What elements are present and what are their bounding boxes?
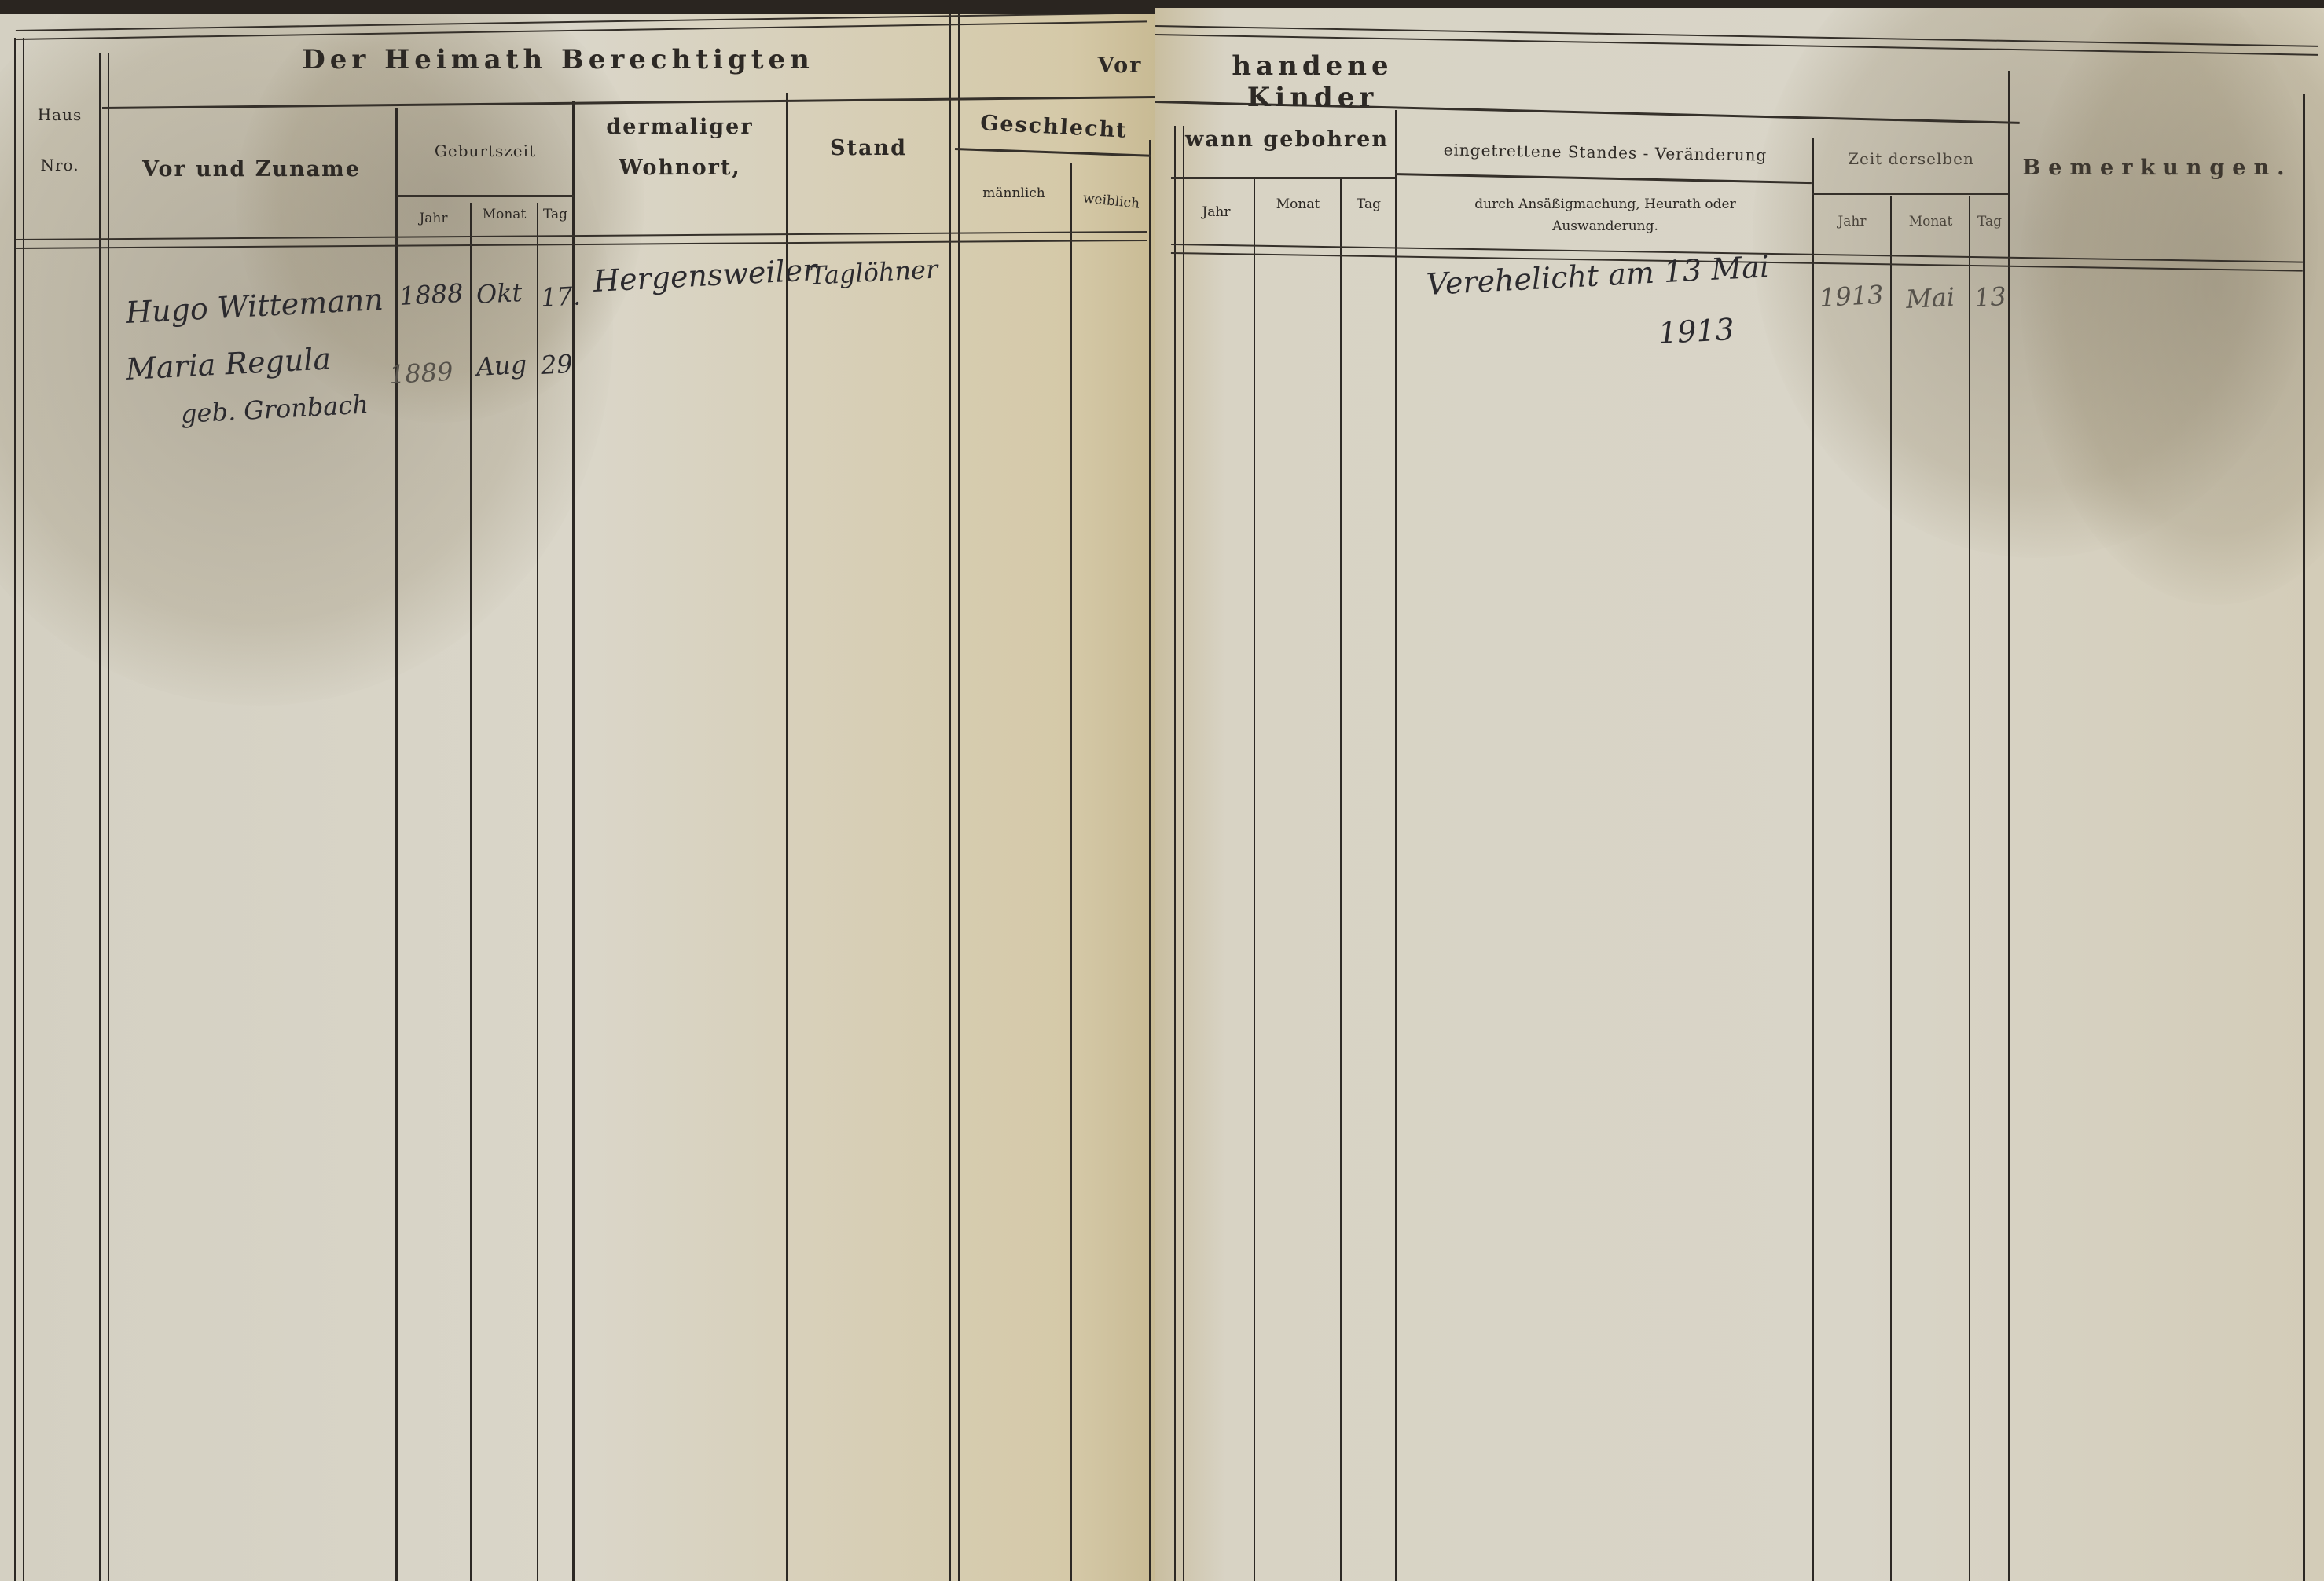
divider-zeit-bemerkungen (2008, 71, 2010, 1581)
header-geburt-tag: Tag (538, 207, 572, 222)
page-title-right: handene Kinder (1171, 50, 1454, 113)
divider-maennlich-weiblich (1070, 163, 1072, 1581)
header-bottom-rule (16, 231, 1147, 249)
title-rule (102, 96, 1155, 109)
entry-2-tag: 29 (540, 349, 574, 380)
divider-stand-geschlecht (949, 14, 960, 1581)
divider-tag-veraenderung (1395, 110, 1397, 1581)
divider-zeit-monat-tag (1969, 196, 1970, 1581)
header-veraenderung-sub2: Auswanderung. (1399, 218, 1812, 234)
entry-1-jahr: 1888 (398, 278, 464, 311)
entry-1-name: Hugo Wittemann (125, 282, 384, 330)
entry-2-jahr: 1889 (388, 357, 453, 390)
header-geburtszeit: Geburtszeit (397, 141, 574, 160)
entry-zeit-monat: Mai (1905, 282, 1955, 314)
header-kind-monat: Monat (1256, 196, 1340, 212)
header-kind-tag: Tag (1342, 196, 1395, 212)
divider-veraenderung-zeit (1812, 138, 1814, 1581)
page-border-right (2303, 94, 2305, 1581)
header-geburt-monat: Monat (472, 207, 537, 222)
header-haus: Haus (22, 105, 97, 124)
header-kind-jahr: Jahr (1179, 204, 1254, 220)
divider-monat-tag-kinder (1340, 177, 1342, 1581)
header-veraenderung-sub1: durch Ansäßigmachung, Heurath oder (1399, 196, 1812, 212)
header-weiblich: weiblich (1073, 189, 1150, 213)
left-page: Der Heimath Berechtigten Vor Haus Nro. V… (0, 14, 1163, 1581)
divider-tag-wohnort (572, 101, 575, 1581)
divider-haus-name (99, 53, 109, 1581)
right-page: handene Kinder wann gebohren Jahr Monat … (1155, 8, 2324, 1581)
top-rule (16, 14, 1147, 40)
header-stand: Stand (788, 136, 949, 160)
header-zeit-derselben: Zeit derselben (1814, 149, 2008, 168)
header-veraenderung: eingetrettene Standes - Veränderung (1399, 139, 1812, 165)
header-wohnort-line2: Wohnort, (574, 156, 786, 180)
entry-2-name-line2: geb. Gronbach (180, 390, 369, 429)
wann-sub-rule (1171, 177, 1395, 179)
geburtszeit-sub-rule (397, 195, 574, 197)
header-bemerkungen: Bemerkungen. (2012, 156, 2303, 180)
header-zeit-jahr: Jahr (1814, 214, 1890, 229)
divider-name-jahr (395, 108, 398, 1581)
header-geburt-jahr: Jahr (397, 211, 470, 226)
page-title-left: Der Heimath Berechtigten (283, 44, 833, 75)
header-name: Vor und Zuname (110, 157, 393, 182)
divider-monat-tag (537, 203, 538, 1581)
water-stain (2020, 8, 2324, 605)
page-title-continued: Vor (1085, 53, 1155, 78)
header-geschlecht: Geschlecht (956, 110, 1151, 145)
entry-veraenderung-line2: 1913 (1658, 312, 1735, 350)
page-border-gutter (1149, 140, 1151, 1581)
zeit-sub-rule (1812, 193, 2008, 195)
header-zeit-tag: Tag (1971, 214, 2008, 229)
entry-2-name-line1: Maria Regula (125, 341, 332, 387)
divider-zeit-jahr-monat (1890, 196, 1892, 1581)
header-wohnort-line1: dermaliger (574, 115, 786, 139)
page-border-left (14, 38, 24, 1581)
entry-1-tag: 17. (540, 281, 582, 313)
entry-1-monat: Okt (475, 277, 523, 310)
divider-jahr-monat (470, 203, 472, 1581)
entry-1-stand: Taglöhner (809, 254, 938, 290)
header-zeit-monat: Monat (1893, 214, 1969, 229)
header-nro: Nro. (22, 156, 97, 174)
entry-zeit-jahr: 1913 (1819, 280, 1884, 313)
geschlecht-sub-rule (955, 148, 1151, 157)
entry-1-wohnort: Hergensweiler (593, 252, 817, 299)
page-border-gutter-right (1174, 126, 1184, 1581)
header-maennlich: männlich (957, 185, 1070, 201)
entry-2-monat: Aug (475, 350, 527, 382)
entry-zeit-tag: 13 (1973, 281, 2007, 313)
divider-wohnort-stand (786, 93, 788, 1581)
veraenderung-sub-rule (1395, 173, 1812, 184)
header-wann-gebohren: wann gebohren (1179, 127, 1395, 152)
divider-jahr-monat-kinder (1254, 177, 1255, 1581)
